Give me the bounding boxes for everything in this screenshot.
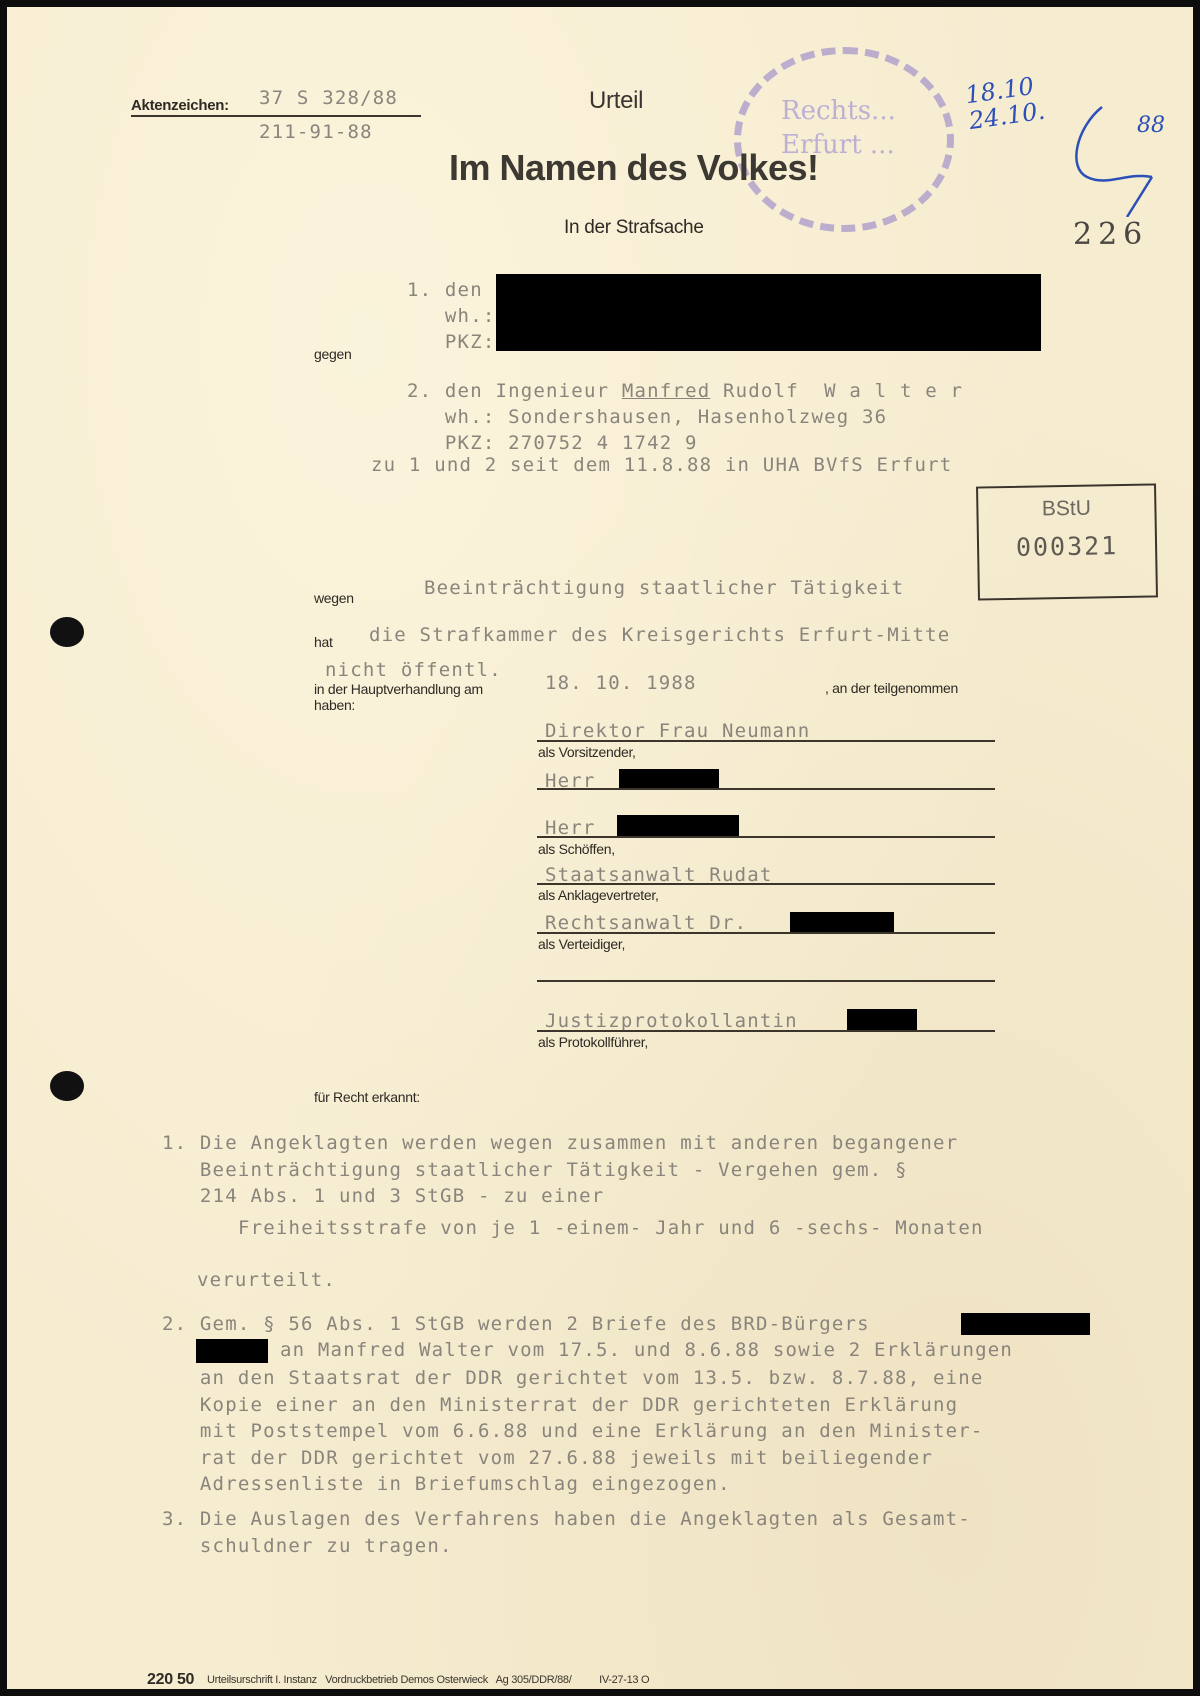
redaction-lay-judge-2 <box>617 815 739 836</box>
redaction-clerk <box>847 1009 917 1030</box>
custody-note: zu 1 und 2 seit dem 11.8.88 in UHA BVfS … <box>371 454 952 476</box>
redaction-defense <box>790 912 894 932</box>
participant-rule <box>537 836 995 838</box>
participant-presiding: Direktor Frau Neumann <box>545 720 810 742</box>
redaction-defendant-1 <box>496 274 1041 351</box>
participant-role-lay-judges: als Schöffen, <box>538 841 615 857</box>
participant-clerk: Justizprotokollantin <box>545 1010 798 1032</box>
verdict-item-2-line-1: 2. Gem. § 56 Abs. 1 StGB werden 2 Briefe… <box>162 1313 870 1335</box>
court-label: hat <box>314 634 333 650</box>
redaction-brd-citizen-2 <box>196 1339 268 1363</box>
bstu-label: BStU <box>978 495 1154 522</box>
verdict-item-1: 1. Die Angeklagten werden wegen zusammen… <box>162 1130 958 1210</box>
defendant-2-line-1: 2. den Ingenieur Manfred Rudolf W a l t … <box>407 380 963 402</box>
verdict-item-2-line-2: an Manfred Walter vom 17.5. und 8.6.88 s… <box>280 1339 1013 1361</box>
participant-rule <box>537 883 995 885</box>
form-imprint: Urteilsurschrift I. Instanz Vordruckbetr… <box>207 1674 649 1686</box>
redaction-brd-citizen-1 <box>961 1313 1090 1335</box>
defendant-1-line-1: 1. den <box>407 279 483 301</box>
document-type: Urteil <box>589 87 643 115</box>
participant-role-defense: als Verteidiger, <box>538 936 625 952</box>
participant-rule <box>537 1030 995 1032</box>
form-number: 220 50 <box>147 1671 194 1689</box>
court-seal-stamp: Rechts... Erfurt ... <box>734 47 954 232</box>
participated-label: , an der teilgenommen <box>825 680 958 696</box>
bstu-archive-stamp: BStU 000321 <box>976 483 1158 600</box>
defendant-2-first-name: Manfred <box>622 380 710 402</box>
defendant-1-line-2: wh.: <box>407 305 495 327</box>
defendant-2-prefix: 2. den Ingenieur <box>407 380 622 402</box>
defendant-2-address: wh.: Sondershausen, Hasenholzweg 36 <box>407 406 887 428</box>
participant-rule-empty <box>537 980 995 982</box>
case-subtitle: In der Strafsache <box>564 217 704 239</box>
hearing-label-2: haben: <box>314 697 355 713</box>
punch-hole-bottom <box>50 1071 84 1101</box>
bstu-number: 000321 <box>979 530 1155 562</box>
redaction-lay-judge-1 <box>619 769 719 790</box>
hearing-date: 18. 10. 1988 <box>545 672 697 694</box>
participant-role-clerk: als Protokollführer, <box>538 1034 648 1050</box>
court-value: die Strafkammer des Kreisgerichts Erfurt… <box>369 624 950 646</box>
verdict-sentence: Freiheitsstrafe von je 1 -einem- Jahr un… <box>238 1217 984 1239</box>
participant-role-presiding: als Vorsitzender, <box>538 744 636 760</box>
page-title: Im Namen des Volkes! <box>449 147 818 189</box>
verdict-item-2-rest: an den Staatsrat der DDR gerichtet vom 1… <box>162 1365 984 1498</box>
case-number-rule <box>131 115 421 117</box>
participant-rule <box>537 740 995 742</box>
participant-defense: Rechtsanwalt Dr. <box>545 912 747 934</box>
charge-label: wegen <box>314 590 354 606</box>
document-page: Aktenzeichen: 37 S 328/88 211-91-88 Rech… <box>7 7 1193 1689</box>
charge-value: Beeinträchtigung staatlicher Tätigkeit <box>424 577 904 599</box>
handwritten-year: 88 <box>1137 113 1165 138</box>
page-number: 226 <box>1073 217 1148 252</box>
defendant-2-pkz: PKZ: 270752 4 1742 9 <box>407 432 698 454</box>
verdict-item-1-end: verurteilt. <box>197 1269 336 1291</box>
case-number-secondary: 211-91-88 <box>259 121 373 143</box>
handwritten-dates: 18.10 24.10. <box>964 72 1047 134</box>
case-number-label: Aktenzeichen: <box>131 97 229 114</box>
participant-rule <box>537 788 995 790</box>
case-number: 37 S 328/88 <box>259 87 398 109</box>
against-label: gegen <box>314 346 351 362</box>
hearing-label: in der Hauptverhandlung am <box>314 681 483 697</box>
defendant-2-name-rest: Rudolf W a l t e r <box>710 380 963 402</box>
participant-rule <box>537 932 995 934</box>
signature-icon: 88 <box>1067 87 1177 217</box>
verdict-intro: für Recht erkannt: <box>314 1089 420 1105</box>
punch-hole-top <box>50 617 84 647</box>
participant-role-prosecutor: als Anklagevertreter, <box>538 887 659 903</box>
hearing-type: nicht öffentl. <box>325 659 502 681</box>
defendant-1-line-3: PKZ: <box>407 331 495 353</box>
verdict-item-3: 3. Die Auslagen des Verfahrens haben die… <box>162 1506 971 1559</box>
